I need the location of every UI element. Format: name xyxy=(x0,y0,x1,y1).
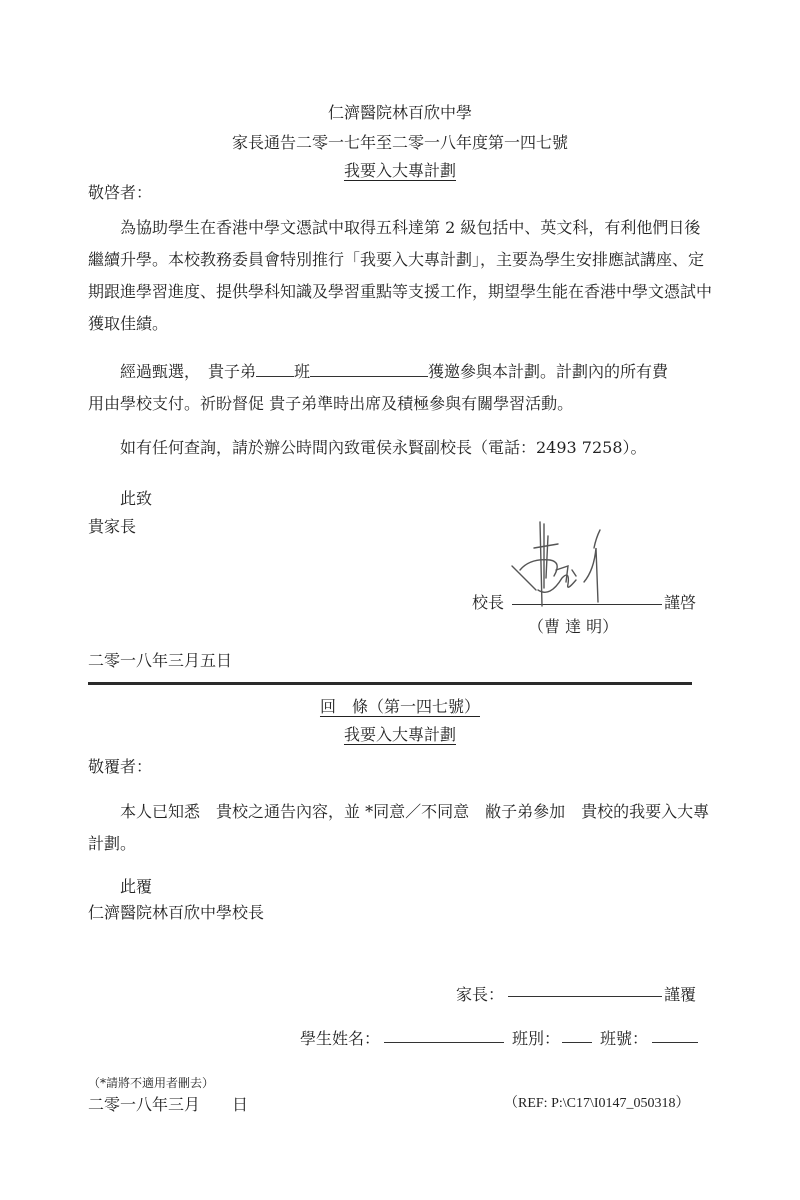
reply-subtitle: 我要入大專計劃 xyxy=(344,725,456,744)
reply-title: 回 條（第一四七號） xyxy=(320,697,480,716)
reply-title-wrap: 回 條（第一四七號） xyxy=(0,694,800,717)
notice-title-wrap: 我要入大專計劃 xyxy=(0,158,800,181)
signature-icon xyxy=(510,518,620,610)
notice-number: 家長通告二零一七年至二零一八年度第一四七號 xyxy=(0,130,800,153)
reply-closing: 此覆 xyxy=(120,874,152,897)
paragraph-2: 經過甄選， 貴子弟班獲邀參與本計劃。計劃內的所有費 用由學校支付。祈盼督促 貴子… xyxy=(88,356,713,420)
class-number-field[interactable] xyxy=(652,1042,698,1043)
reply-body: 本人已知悉 貴校之通告內容，並 *同意／不同意 敝子弟參加 貴校的我要入大專計劃… xyxy=(88,796,713,860)
paragraph-2-mid: 獲邀參與本計劃。計劃內的所有費 xyxy=(428,362,668,381)
student-name-field[interactable] xyxy=(384,1042,504,1043)
principal-suffix: 謹啓 xyxy=(664,590,696,613)
class-label: 班別： xyxy=(512,1026,560,1049)
form-blank-class[interactable] xyxy=(256,362,294,377)
school-name: 仁濟醫院林百欣中學 xyxy=(0,100,800,123)
student-name-label: 學生姓名： xyxy=(300,1026,380,1049)
parent-suffix: 謹覆 xyxy=(664,982,696,1005)
reply-addressee: 仁濟醫院林百欣中學校長 xyxy=(88,900,264,923)
principal-label: 校長 xyxy=(472,590,504,613)
paragraph-3: 如有任何查詢，請於辦公時間內致電侯永賢副校長（電話：2493 7258）。 xyxy=(88,432,713,464)
footnote: （*請將不適用者刪去） xyxy=(88,1074,214,1091)
addressee: 貴家長 xyxy=(88,514,136,537)
reference-code: （REF: P:\C17\I0147_050318） xyxy=(504,1092,690,1112)
paragraph-2-lead: 經過甄選， 貴子弟 xyxy=(120,362,256,381)
paragraph-1: 為協助學生在香港中學文憑試中取得五科達第 2 級包括中、英文科，有利他們日後繼續… xyxy=(88,212,713,340)
class-number-label: 班號： xyxy=(600,1026,648,1049)
parent-signature-field[interactable] xyxy=(508,996,662,997)
reply-salutation: 敬覆者： xyxy=(88,754,152,777)
letter-date: 二零一八年三月五日 xyxy=(88,648,232,671)
paragraph-3-text: 如有任何查詢，請於辦公時間內致電侯永賢副校長（電話：2493 7258）。 xyxy=(120,438,647,457)
paragraph-2-tail: 用由學校支付。祈盼督促 貴子弟準時出席及積極參與有關學習活動。 xyxy=(88,394,573,413)
notice-title: 我要入大專計劃 xyxy=(344,161,456,180)
class-field[interactable] xyxy=(562,1042,592,1043)
parent-label: 家長： xyxy=(456,982,504,1005)
paragraph-1-text: 為協助學生在香港中學文憑試中取得五科達第 2 級包括中、英文科，有利他們日後繼續… xyxy=(88,218,712,333)
reply-body-text: 本人已知悉 貴校之通告內容，並 *同意／不同意 敝子弟參加 貴校的我要入大專計劃… xyxy=(88,802,709,853)
closing: 此致 xyxy=(120,486,152,509)
reply-date: 二零一八年三月 日 xyxy=(88,1092,248,1115)
principal-name: （曹 達 明） xyxy=(528,614,618,637)
section-divider xyxy=(88,682,692,685)
form-blank-student[interactable] xyxy=(310,362,428,377)
salutation: 敬啓者： xyxy=(88,180,152,203)
paragraph-2-class-label: 班 xyxy=(294,362,310,381)
reply-subtitle-wrap: 我要入大專計劃 xyxy=(0,722,800,745)
